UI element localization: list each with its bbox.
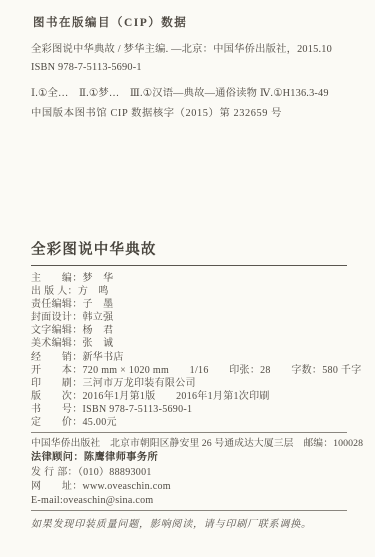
colophon-row-responsible-editor: 责任编辑：子 墨 — [31, 298, 347, 311]
cip-header: 图书在版编目（CIP）数据 — [33, 14, 347, 30]
row-value: 720 mm × 1020 mm 1/16 印张：28 字数：580 千字 — [83, 365, 362, 376]
cip-isbn-line: ISBN 978-7-5113-5690-1 — [31, 59, 347, 77]
row-value: 45.00元 — [83, 417, 117, 428]
row-value: 杨 君 — [83, 325, 114, 336]
book-title: 全彩图说中华典故 — [31, 240, 347, 266]
colophon-rows: 主 编：梦 华 出 版 人：方 鸣 责任编辑：子 墨 封面设计：韩立强 文字编辑… — [31, 272, 347, 429]
row-label: 封面设计： — [31, 312, 83, 323]
cip-registry-line: 中国版本图书馆 CIP 数据核字（2015）第 232659 号 — [31, 105, 347, 123]
row-label: 开 本： — [31, 365, 83, 376]
row-value: www.oveaschin.com — [83, 481, 171, 492]
row-value: E-mail:oveaschin@sina.com — [31, 495, 154, 506]
colophon-row-editor: 主 编：梦 华 — [31, 272, 347, 285]
colophon-row-distributor: 经 销：新华书店 — [31, 351, 347, 364]
colophon-row-art-editor: 美术编辑：张 诚 — [31, 337, 347, 350]
cip-classification-line: Ⅰ.①全… Ⅱ.①梦… Ⅲ.①汉语—典故—通俗读物 Ⅳ.①H136.3-49 — [31, 85, 347, 103]
row-label: 责任编辑： — [31, 299, 83, 310]
row-value: 梦 华 — [83, 273, 114, 284]
row-label: 经 销： — [31, 352, 83, 363]
divider-bottom — [31, 510, 347, 511]
row-label: 出 版 人： — [31, 286, 78, 297]
row-value: 三河市万龙印装有限公司 — [83, 378, 196, 389]
cip-record-line: 全彩图说中华典故 / 梦华主编. —北京：中国华侨出版社，2015.10 — [31, 41, 347, 59]
distribution-phone-line: 发 行 部：（010）88893001 — [31, 466, 347, 480]
publisher-block: 中国华侨出版社 北京市朝阳区静安里 26 号通成达大厦三层 邮编：100028 … — [31, 433, 347, 508]
colophon-row-edition: 版 次：2016年1月第1版 2016年1月第1次印刷 — [31, 390, 347, 403]
row-label: 发 行 部： — [31, 467, 78, 478]
row-label: 版 次： — [31, 391, 83, 402]
colophon-row-text-editor: 文字编辑：杨 君 — [31, 324, 347, 337]
colophon-row-format: 开 本：720 mm × 1020 mm 1/16 印张：28 字数：580 千… — [31, 364, 347, 377]
copyright-page: 图书在版编目（CIP）数据 全彩图说中华典故 / 梦华主编. —北京：中国华侨出… — [0, 0, 375, 557]
colophon-row-publisher-person: 出 版 人：方 鸣 — [31, 285, 347, 298]
publisher-address-line: 中国华侨出版社 北京市朝阳区静安里 26 号通成达大厦三层 邮编：100028 — [31, 437, 347, 451]
row-label: 美术编辑： — [31, 338, 83, 349]
row-value: 2016年1月第1版 2016年1月第1次印刷 — [83, 391, 270, 402]
colophon-row-isbn: 书 号：ISBN 978-7-5113-5690-1 — [31, 403, 347, 416]
row-label: 印 刷： — [31, 378, 83, 389]
website-line: 网 址：www.oveaschin.com — [31, 480, 347, 494]
row-label: 网 址： — [31, 481, 83, 492]
legal-counsel-line: 法律顾问：陈鹰律师事务所 — [31, 451, 347, 465]
row-label: 主 编： — [31, 273, 83, 284]
row-value: 方 鸣 — [78, 286, 109, 297]
email-line: E-mail:oveaschin@sina.com — [31, 494, 347, 508]
row-value: 张 诚 — [83, 338, 114, 349]
row-value: 子 墨 — [83, 299, 114, 310]
colophon-row-price: 定 价：45.00元 — [31, 416, 347, 429]
row-label: 文字编辑： — [31, 325, 83, 336]
colophon-row-cover-design: 封面设计：韩立强 — [31, 311, 347, 324]
row-value: （010）88893001 — [78, 467, 152, 478]
row-value: 韩立强 — [83, 312, 114, 323]
row-value: ISBN 978-7-5113-5690-1 — [83, 404, 193, 415]
row-value: 新华书店 — [83, 352, 124, 363]
row-label: 定 价： — [31, 417, 83, 428]
row-label: 书 号： — [31, 404, 83, 415]
colophon-row-printer: 印 刷：三河市万龙印装有限公司 — [31, 377, 347, 390]
print-quality-note: 如果发现印装质量问题，影响阅读，请与印刷厂联系调换。 — [31, 515, 347, 530]
